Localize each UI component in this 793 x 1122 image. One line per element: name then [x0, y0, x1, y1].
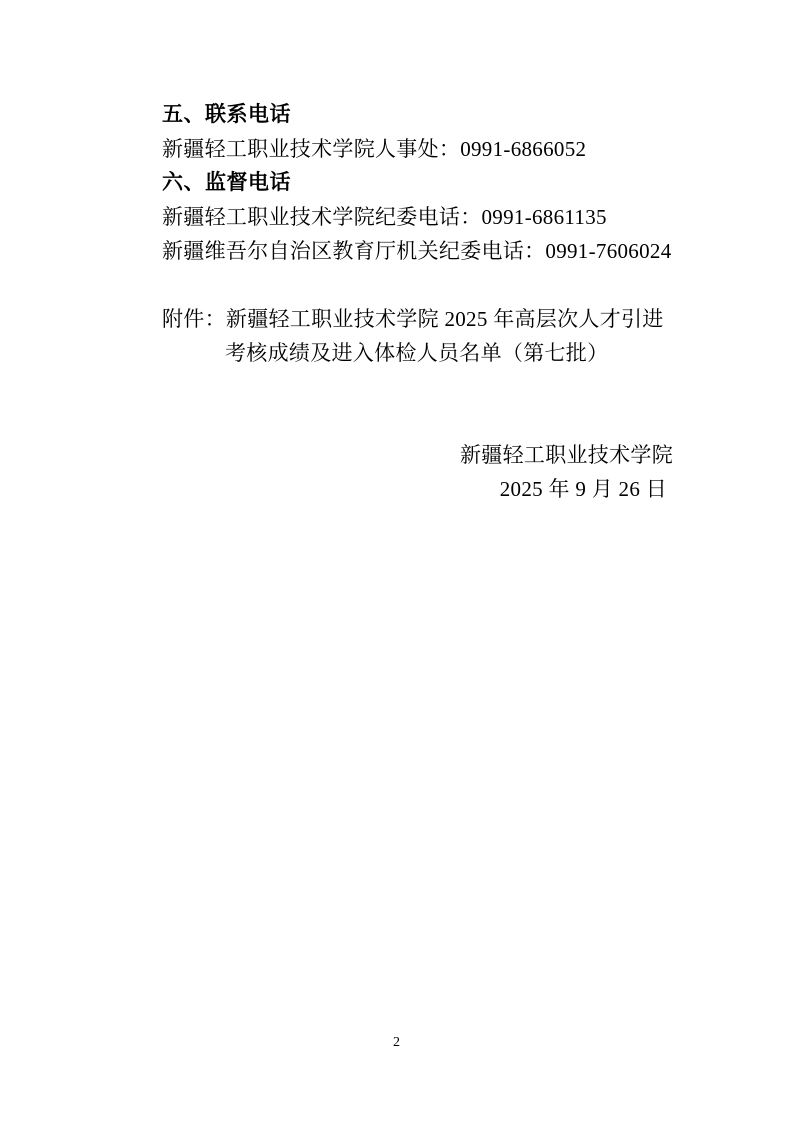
signature-org: 新疆轻工职业技术学院	[120, 438, 673, 472]
signature-date: 2025 年 9 月 26 日	[120, 472, 673, 506]
attachment-note-line-2: 考核成绩及进入体检人员名单（第七批）	[120, 336, 673, 370]
attachment-note-line-1: 附件：新疆轻工职业技术学院 2025 年高层次人才引进	[120, 302, 673, 336]
blank-line	[120, 404, 673, 438]
supervision-phone-line-college: 新疆轻工职业技术学院纪委电话：0991-6861135	[120, 200, 673, 234]
document-page: 五、联系电话 新疆轻工职业技术学院人事处：0991-6866052 六、监督电话…	[0, 0, 793, 1122]
blank-line	[120, 370, 673, 404]
blank-line	[120, 268, 673, 302]
contact-phone-line: 新疆轻工职业技术学院人事处：0991-6866052	[120, 132, 673, 166]
section-5-heading: 五、联系电话	[120, 98, 673, 132]
section-6-heading: 六、监督电话	[120, 166, 673, 200]
supervision-phone-line-education-dept: 新疆维吾尔自治区教育厅机关纪委电话：0991-7606024	[120, 234, 673, 268]
page-number: 2	[0, 1034, 793, 1052]
document-content: 五、联系电话 新疆轻工职业技术学院人事处：0991-6866052 六、监督电话…	[120, 98, 673, 506]
